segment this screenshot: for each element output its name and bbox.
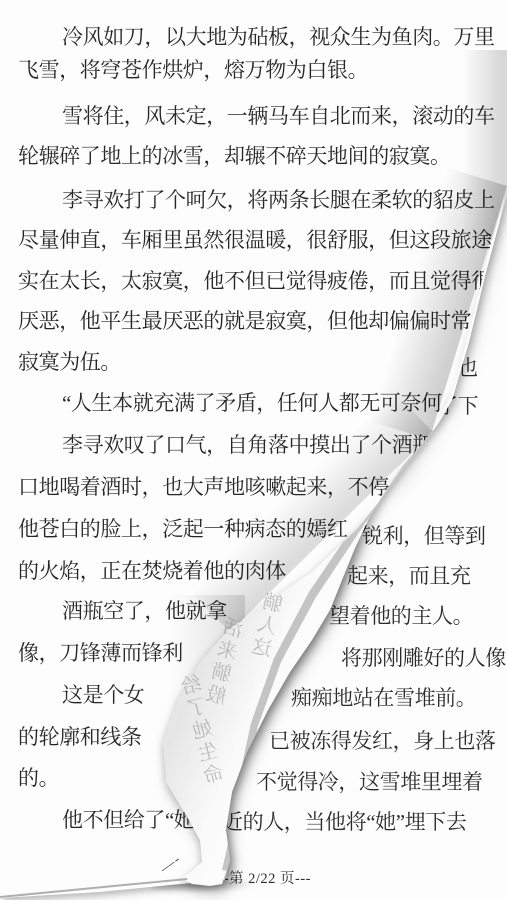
- ebook-reader-screen[interactable]: 也了下锐利，但等到起来，而且充望着他的主人。将那刚雕好的人像痴痴地站在雪堆前。已…: [0, 0, 507, 900]
- page-curl-wrap: [0, 0, 507, 900]
- curl-crease-shadow: [0, 0, 507, 900]
- page-curl[interactable]: [0, 0, 507, 900]
